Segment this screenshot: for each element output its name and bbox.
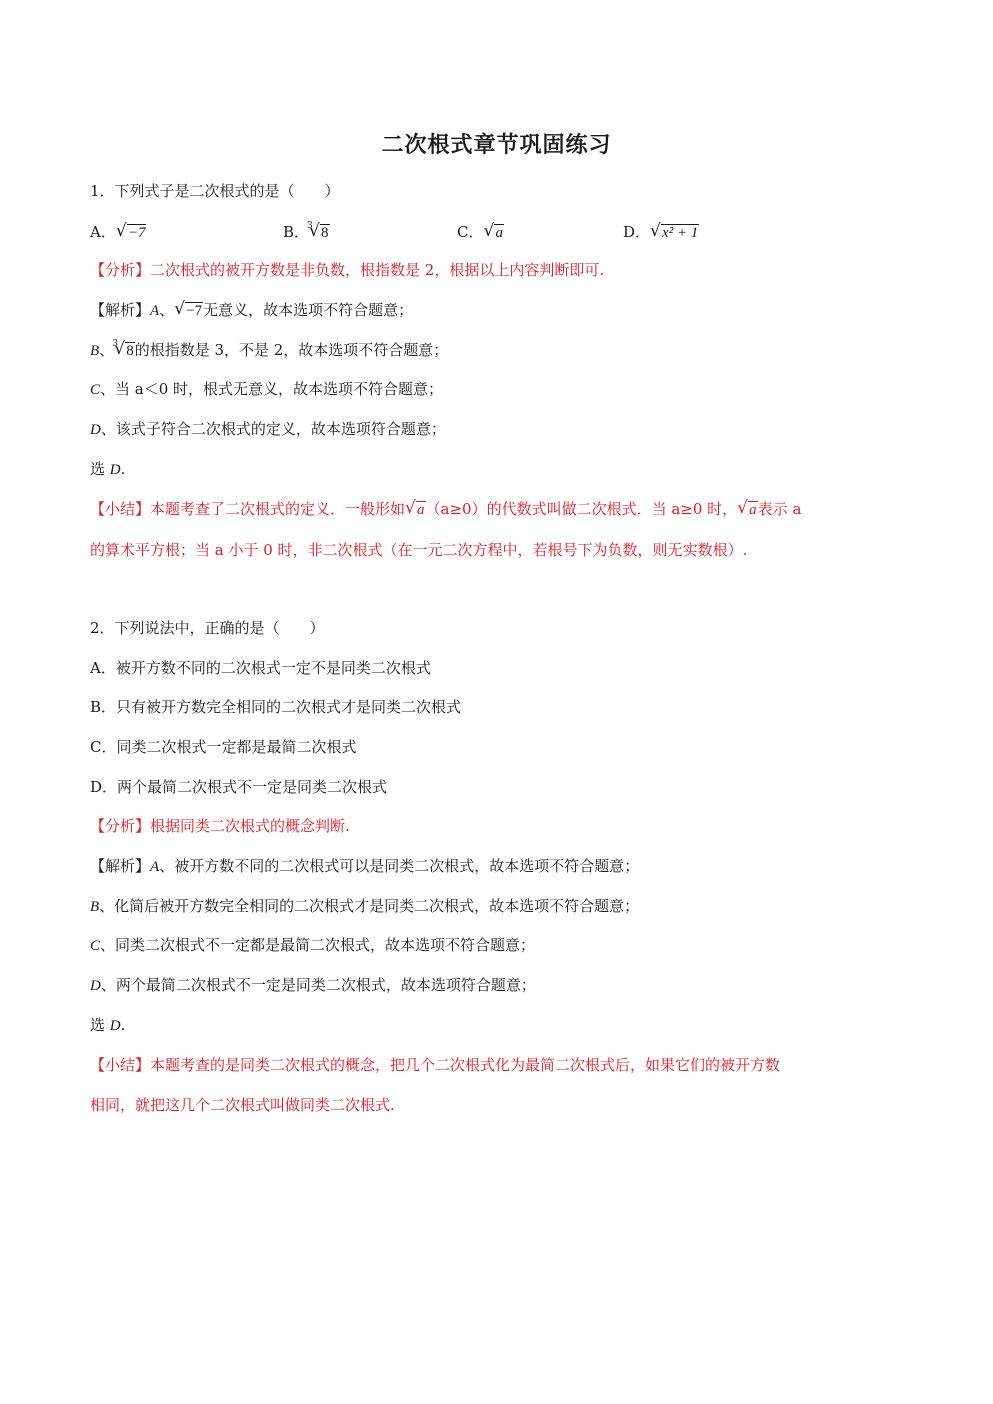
q2-option-b: B．只有被开方数完全相同的二次根式才是同类二次根式 bbox=[90, 696, 461, 718]
q1-option-b: B．38 bbox=[283, 221, 330, 244]
q2-summary-line1: 【小结】本题考查的是同类二次根式的概念，把几个二次根式化为最简二次根式后，如果它… bbox=[90, 1054, 780, 1076]
solution-text: 、当 a＜0 时，根式无意义，故本选项不符合题意； bbox=[100, 380, 443, 398]
radicand: x² + 1 bbox=[661, 224, 699, 241]
radicand: a bbox=[748, 501, 758, 518]
solution-text: 、被开方数不同的二次根式可以是同类二次根式，故本选项不符合题意； bbox=[159, 857, 639, 875]
q2-choice: 选 D. bbox=[90, 1014, 125, 1037]
q2-summary-line2: 相同，就把这几个二次根式叫做同类二次根式. bbox=[90, 1094, 395, 1116]
radical-icon: a bbox=[405, 498, 426, 521]
option-label: A． bbox=[90, 223, 116, 241]
option-letter: C bbox=[90, 938, 100, 954]
q1-solution-c: C、当 a＜0 时，根式无意义，故本选项不符合题意； bbox=[90, 378, 443, 401]
q1-option-a: A．−7 bbox=[90, 221, 146, 244]
radical-icon: a bbox=[483, 221, 504, 244]
summary-text: 【小结】本题考查了二次根式的定义．一般形如 bbox=[90, 500, 405, 518]
answer-letter: D bbox=[110, 462, 121, 478]
solution-tag: 【解析】 bbox=[90, 857, 150, 875]
option-letter: B bbox=[90, 343, 99, 359]
q1-solution-a: 【解析】A、−7无意义，故本选项不符合题意； bbox=[90, 299, 413, 322]
q2-stem: 2．下列说法中，正确的是（ ） bbox=[90, 617, 325, 639]
radicand: 8 bbox=[320, 224, 330, 241]
radicand: a bbox=[494, 224, 504, 241]
solution-text: 、两个最简二次根式不一定是同类二次根式，故本选项符合题意； bbox=[101, 976, 536, 994]
radical-icon: a bbox=[737, 498, 758, 521]
cube-root-icon: 38 bbox=[114, 339, 135, 362]
q1-solution-b: B、38的根指数是 3，不是 2，故本选项不符合题意； bbox=[90, 339, 448, 362]
q1-summary-line1: 【小结】本题考查了二次根式的定义．一般形如a（a≥0）的代数式叫做二次根式．当 … bbox=[90, 498, 801, 521]
option-letter: A bbox=[150, 859, 159, 875]
choice-label: 选 bbox=[90, 1016, 110, 1034]
radicand: 8 bbox=[125, 342, 135, 359]
summary-text: 表示 a bbox=[758, 500, 802, 518]
option-label: B． bbox=[283, 223, 309, 241]
choice-label: 选 bbox=[90, 460, 110, 478]
solution-text: 、化简后被开方数完全相同的二次根式才是同类二次根式，故本选项不符合题意； bbox=[99, 897, 639, 915]
option-letter: D bbox=[90, 978, 101, 994]
q2-solution-d: D、两个最简二次根式不一定是同类二次根式，故本选项符合题意； bbox=[90, 974, 536, 997]
solution-text: 无意义，故本选项不符合题意； bbox=[203, 301, 413, 319]
q2-solution-b: B、化简后被开方数完全相同的二次根式才是同类二次根式，故本选项不符合题意； bbox=[90, 895, 639, 918]
radicand: a bbox=[416, 501, 426, 518]
root-index: 3 bbox=[112, 333, 118, 355]
option-letter: C bbox=[90, 382, 100, 398]
q2-option-a: A．被开方数不同的二次根式一定不是同类二次根式 bbox=[90, 657, 431, 679]
option-letter: A bbox=[150, 303, 159, 319]
q2-solution-a: 【解析】A、被开方数不同的二次根式可以是同类二次根式，故本选项不符合题意； bbox=[90, 855, 639, 878]
q1-analysis: 【分析】二次根式的被开方数是非负数，根指数是 2，根据以上内容判断即可. bbox=[90, 259, 604, 281]
option-label: D． bbox=[623, 223, 650, 241]
radical-icon: −7 bbox=[116, 221, 147, 244]
q2-option-c: C．同类二次根式一定都是最简二次根式 bbox=[90, 736, 356, 758]
solution-text: 、同类二次根式不一定都是最简二次根式，故本选项不符合题意； bbox=[100, 936, 535, 954]
q2-analysis: 【分析】根据同类二次根式的概念判断. bbox=[90, 815, 350, 837]
q1-solution-d: D、该式子符合二次根式的定义，故本选项符合题意； bbox=[90, 418, 446, 441]
q1-choice: 选 D. bbox=[90, 458, 125, 481]
radical-icon: −7 bbox=[174, 299, 203, 322]
q2-option-d: D．两个最简二次根式不一定是同类二次根式 bbox=[90, 776, 387, 798]
radicand: −7 bbox=[185, 302, 203, 319]
radicand: −7 bbox=[127, 224, 147, 241]
q2-solution-c: C、同类二次根式不一定都是最简二次根式，故本选项不符合题意； bbox=[90, 934, 535, 957]
q1-summary-line2: 的算术平方根；当 a 小于 0 时，非二次根式（在一元二次方程中，若根号下为负数… bbox=[90, 539, 747, 561]
radical-icon: x² + 1 bbox=[650, 221, 699, 244]
solution-text: 、该式子符合二次根式的定义，故本选项符合题意； bbox=[101, 420, 446, 438]
option-label: C． bbox=[457, 223, 483, 241]
solution-tag: 【解析】 bbox=[90, 301, 150, 319]
option-letter: B bbox=[90, 899, 99, 915]
q1-option-c: C．a bbox=[457, 221, 504, 244]
solution-text: 的根指数是 3，不是 2，故本选项不符合题意； bbox=[135, 341, 449, 359]
q1-option-d: D．x² + 1 bbox=[623, 221, 699, 244]
page-title: 二次根式章节巩固练习 bbox=[0, 128, 993, 159]
q1-stem: 1．下列式子是二次根式的是（ ） bbox=[90, 180, 340, 202]
root-index: 3 bbox=[307, 215, 313, 237]
option-letter: D bbox=[90, 422, 101, 438]
cube-root-icon: 38 bbox=[309, 221, 330, 244]
summary-text: （a≥0）的代数式叫做二次根式．当 a≥0 时， bbox=[426, 500, 738, 518]
answer-letter: D bbox=[110, 1018, 121, 1034]
